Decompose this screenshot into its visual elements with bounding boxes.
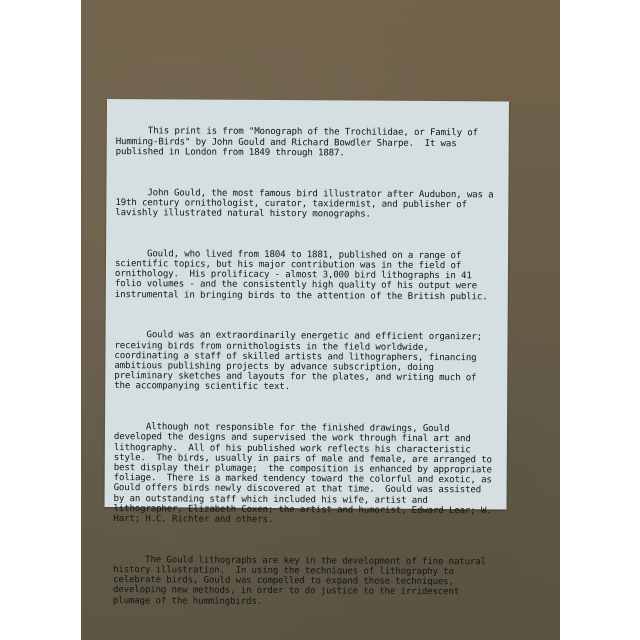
paragraph-lithographs: The Gould lithographs are key in the dev… xyxy=(113,555,505,608)
paragraph-gould-career: Gould, who lived from 1804 to 1881, publ… xyxy=(115,249,507,302)
paragraph-gould-organizer: Gould was an extraordinarily energetic a… xyxy=(114,330,506,394)
typed-label-sheet: This print is from "Monograph of the Tro… xyxy=(105,99,509,509)
paragraph-gould-intro: John Gould, the most famous bird illustr… xyxy=(115,188,507,221)
paragraph-gould-style: Although not responsible for the finishe… xyxy=(113,422,506,526)
label-text: This print is from "Monograph of the Tro… xyxy=(113,106,508,639)
paragraph-publication-info: This print is from "Monograph of the Tro… xyxy=(116,126,508,159)
